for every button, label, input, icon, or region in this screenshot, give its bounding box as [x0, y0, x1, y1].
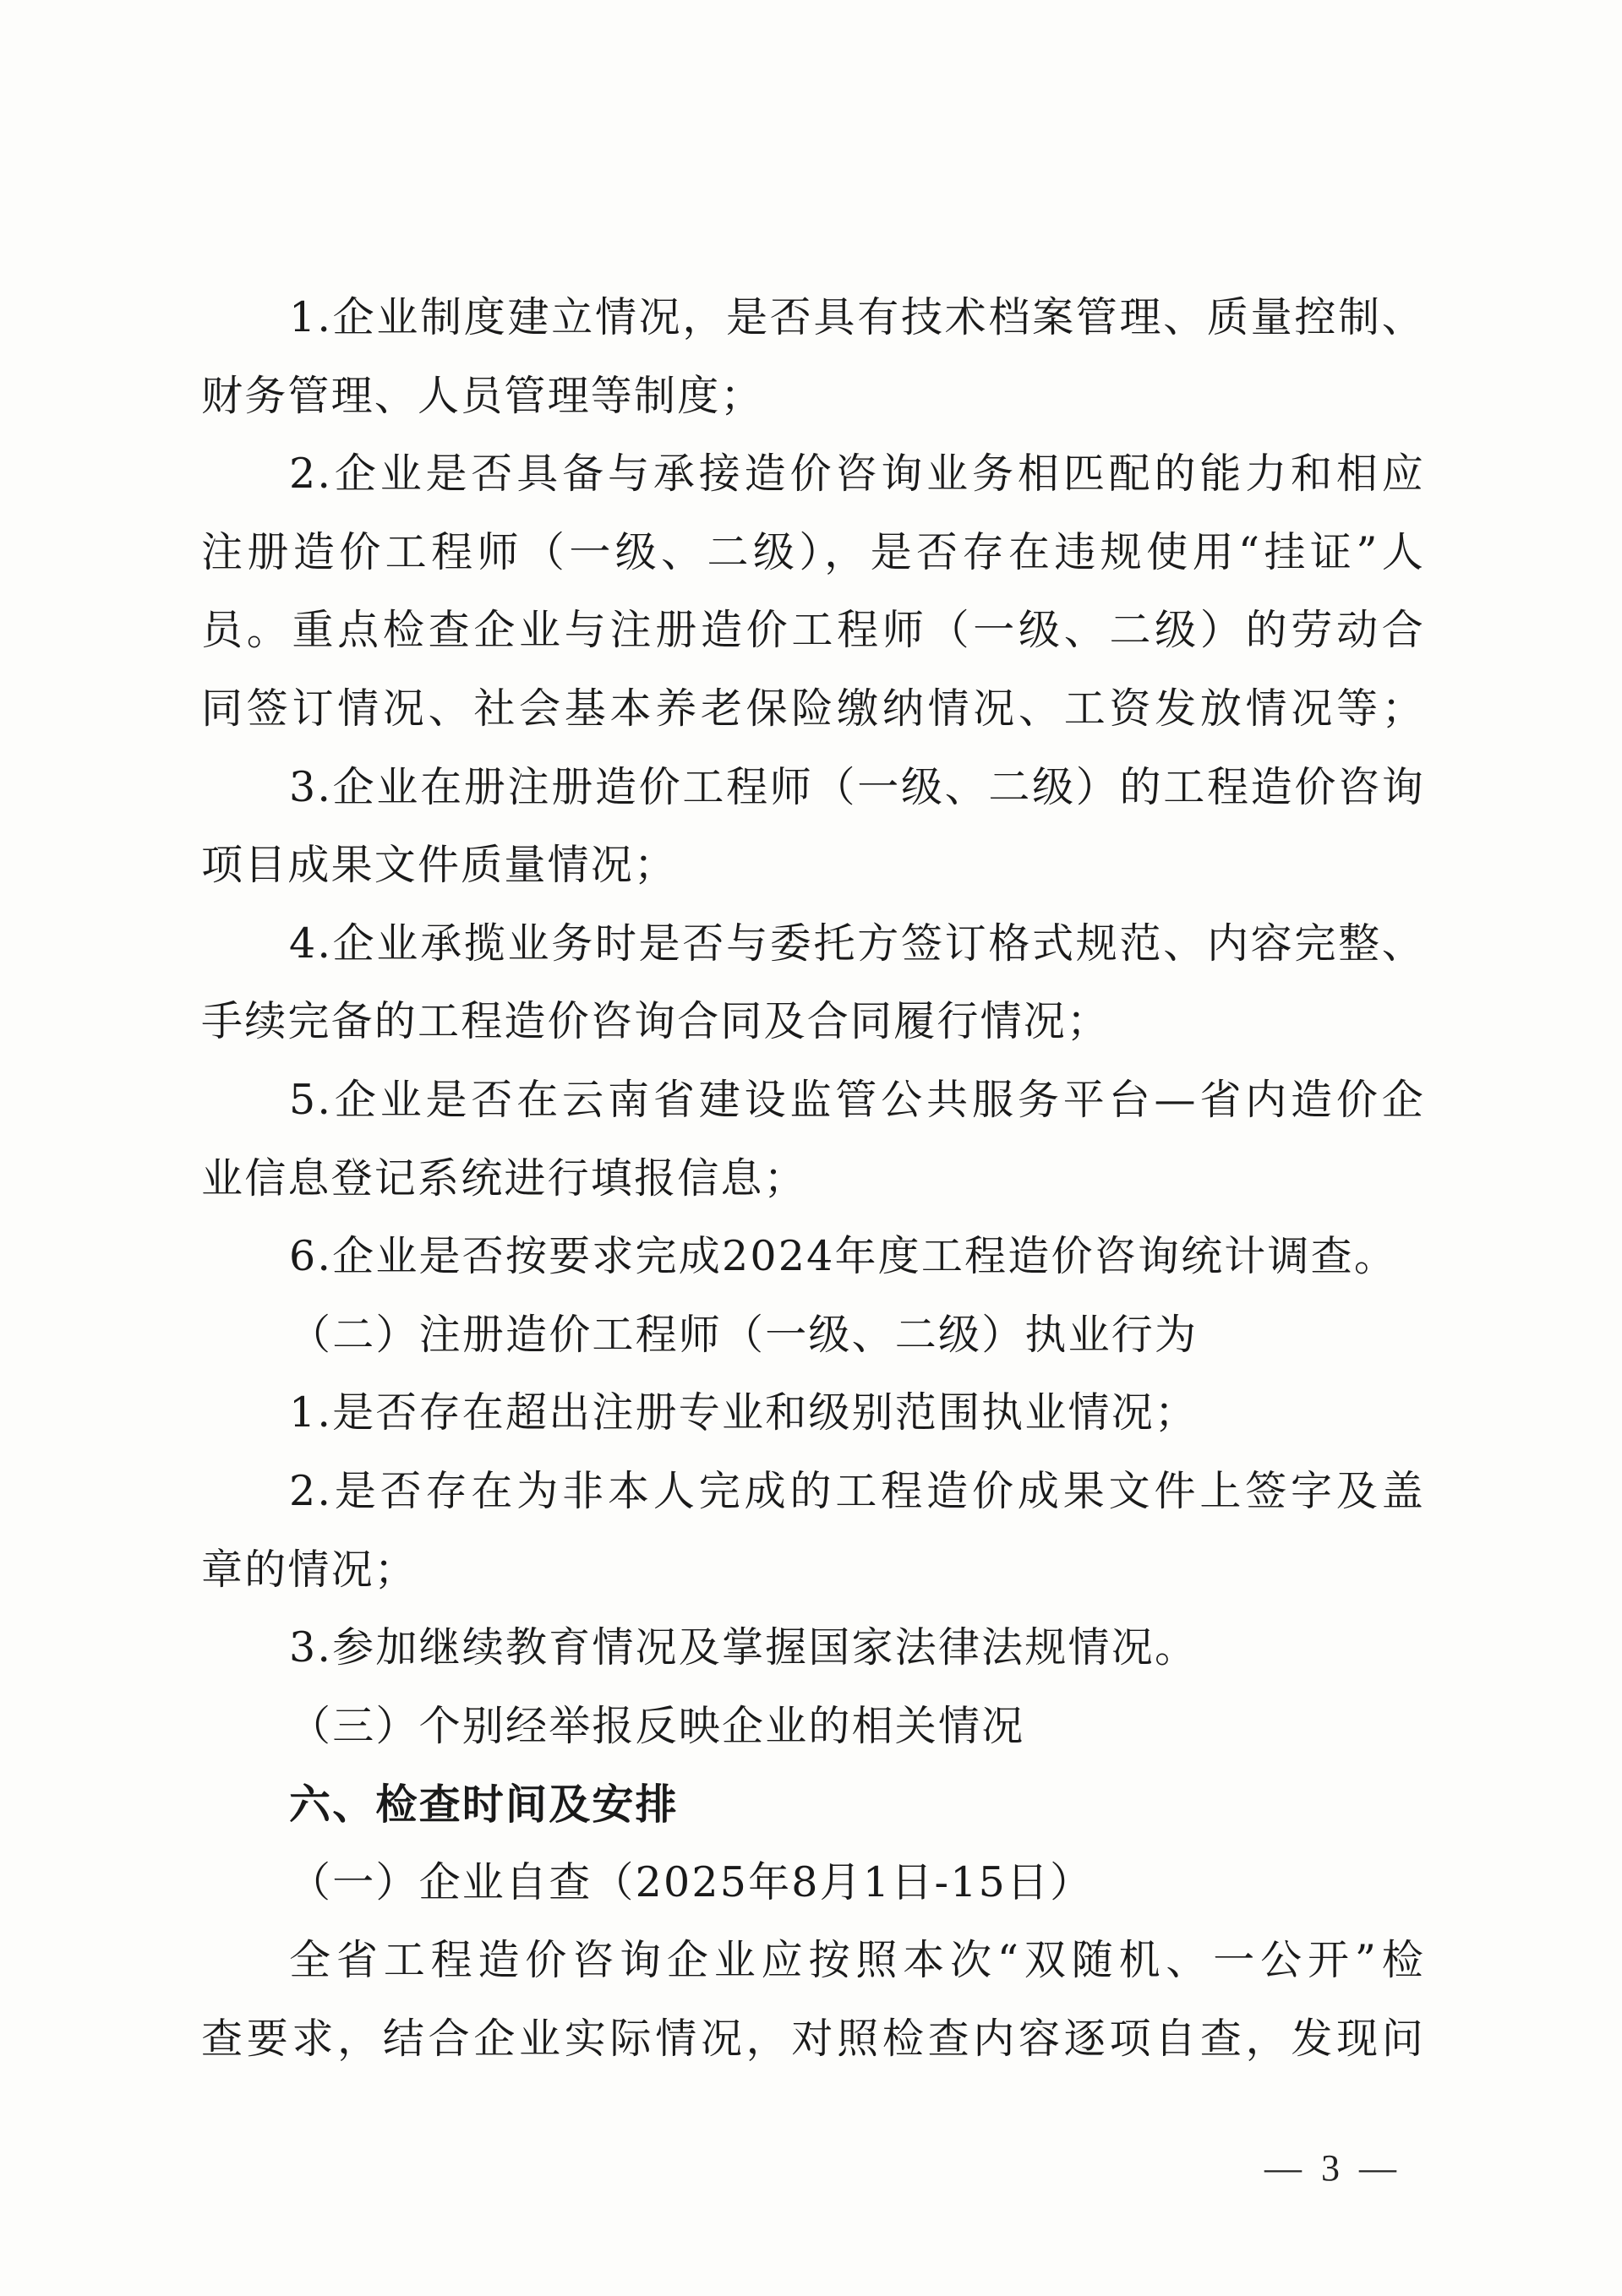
paragraph-line: 1.企业制度建立情况，是否具有技术档案管理、质量控制、 — [201, 279, 1425, 357]
paragraph-line: 5.企业是否在云南省建设监管公共服务平台—省内造价企 — [201, 1061, 1425, 1140]
paragraph-line: 6.企业是否按要求完成2024年度工程造价咨询统计调查。 — [201, 1218, 1425, 1296]
paragraph-line: 4.企业承揽业务时是否与委托方签订格式规范、内容完整、 — [201, 905, 1425, 984]
paragraph-line: 员。重点检查企业与注册造价工程师（一级、二级）的劳动合 — [201, 592, 1425, 670]
paragraph-line: 查要求，结合企业实际情况，对照检查内容逐项自查，发现问 — [201, 2000, 1425, 2079]
paragraph-line: 财务管理、人员管理等制度； — [201, 357, 1425, 436]
paragraph-line: 2.是否存在为非本人完成的工程造价成果文件上签字及盖 — [201, 1453, 1425, 1531]
subsection-heading: （三）个别经举报反映企业的相关情况 — [201, 1688, 1425, 1766]
paragraph-line: 1.是否存在超出注册专业和级别范围执业情况； — [201, 1374, 1425, 1453]
document-body: 1.企业制度建立情况，是否具有技术档案管理、质量控制、 财务管理、人员管理等制度… — [201, 279, 1425, 2079]
paragraph-line: 手续完备的工程造价咨询合同及合同履行情况； — [201, 983, 1425, 1061]
paragraph-line: 业信息登记系统进行填报信息； — [201, 1140, 1425, 1219]
paragraph-line: 章的情况； — [201, 1531, 1425, 1610]
subsection-heading: （一）企业自查（2025年8月1日-15日） — [201, 1844, 1425, 1922]
subsection-heading: （二）注册造价工程师（一级、二级）执业行为 — [201, 1296, 1425, 1375]
paragraph-line: 全省工程造价咨询企业应按照本次“双随机、一公开”检 — [201, 1922, 1425, 2000]
paragraph-line: 3.参加继续教育情况及掌握国家法律法规情况。 — [201, 1609, 1425, 1688]
paragraph-line: 2.企业是否具备与承接造价咨询业务相匹配的能力和相应 — [201, 435, 1425, 514]
paragraph-line: 注册造价工程师（一级、二级），是否存在违规使用“挂证”人 — [201, 514, 1425, 592]
page-number: — 3 — — [1264, 2146, 1401, 2190]
paragraph-line: 同签订情况、社会基本养老保险缴纳情况、工资发放情况等； — [201, 670, 1425, 749]
section-heading: 六、检查时间及安排 — [201, 1765, 1425, 1844]
paragraph-line: 项目成果文件质量情况； — [201, 826, 1425, 905]
paragraph-line: 3.企业在册注册造价工程师（一级、二级）的工程造价咨询 — [201, 749, 1425, 827]
